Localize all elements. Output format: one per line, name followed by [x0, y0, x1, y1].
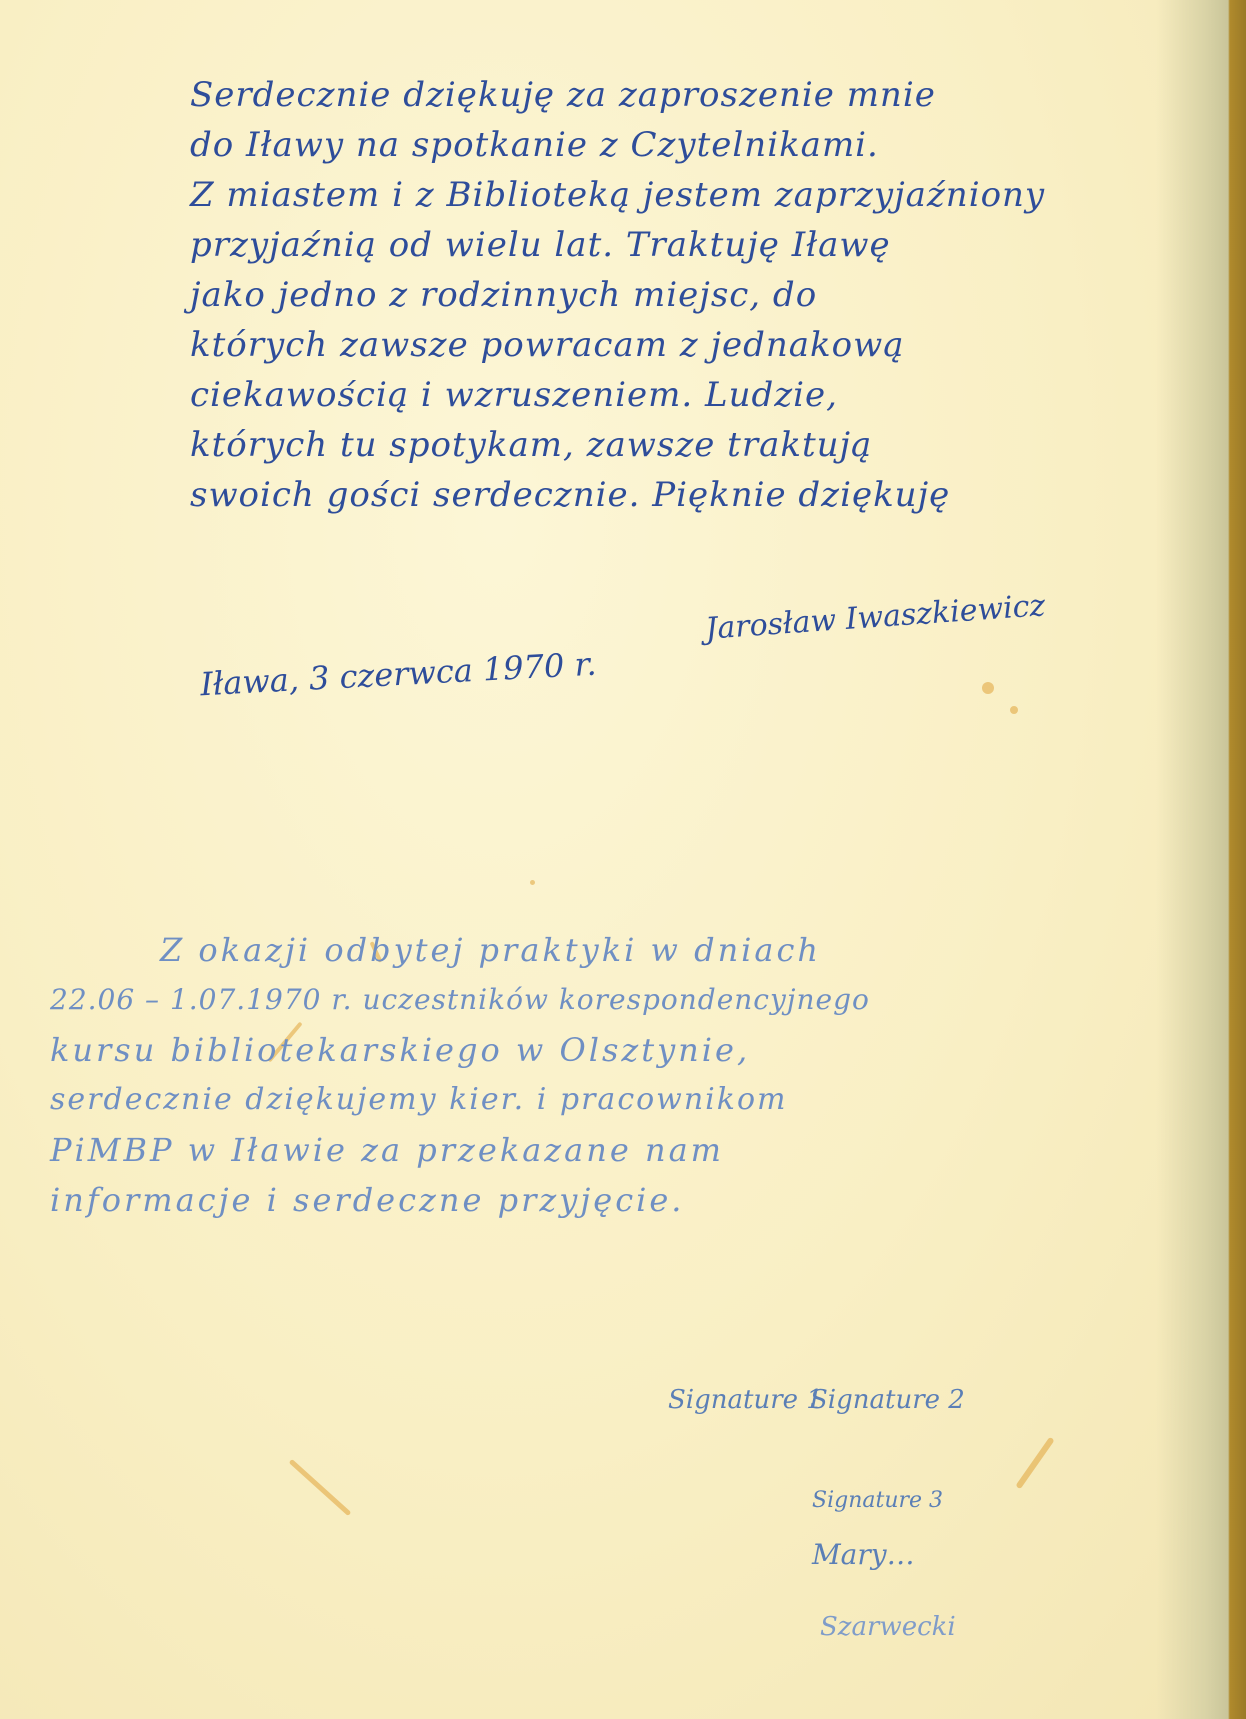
- entry-1-signature: Jarosław Iwaszkiewicz: [704, 588, 1046, 647]
- stain: [530, 880, 535, 885]
- entry-2-signature: Signature 2: [810, 1385, 965, 1415]
- entry-1-line: jako jedno z rodzinnych miejsc, do: [190, 270, 1045, 320]
- entry-2-line: serdecznie dziękujemy kier. i pracowniko…: [50, 1075, 870, 1125]
- entry-2-line: Z okazji odbytej praktyki w dniach: [50, 925, 870, 975]
- entry-1-text: Serdecznie dziękuję za zaproszenie mnie …: [190, 70, 1045, 520]
- entry-1-line: których zawsze powracam z jednakową: [190, 320, 1045, 370]
- entry-2-signature: Mary…: [812, 1538, 915, 1571]
- entry-2-signature: Signature 1: [668, 1385, 823, 1415]
- stain: [1010, 706, 1018, 714]
- entry-1-line: ciekawością i wzruszeniem. Ludzie,: [190, 370, 1045, 420]
- entry-2-text: Z okazji odbytej praktyki w dniach 22.06…: [50, 925, 870, 1225]
- entry-2-line: kursu bibliotekarskiego w Olsztynie,: [50, 1025, 870, 1075]
- entry-1-line: swoich gości serdecznie. Pięknie dziękuj…: [190, 470, 1045, 520]
- entry-1-line: Serdecznie dziękuję za zaproszenie mnie: [190, 70, 1045, 120]
- entry-2-signature: Signature 3: [812, 1488, 943, 1513]
- stain: [1015, 1437, 1054, 1490]
- entry-1-line: do Iławy na spotkanie z Czytelnikami.: [190, 120, 1045, 170]
- entry-1-line: Z miastem i z Biblioteką jestem zaprzyja…: [190, 170, 1045, 220]
- entry-2-line: 22.06 – 1.07.1970 r. uczestników korespo…: [50, 975, 870, 1025]
- book-gutter: [1156, 0, 1246, 1719]
- entry-2-signature: Szarwecki: [820, 1612, 956, 1642]
- stain: [289, 1459, 352, 1516]
- guestbook-page: Serdecznie dziękuję za zaproszenie mnie …: [0, 0, 1246, 1719]
- entry-2-line: PiMBP w Iławie za przekazane nam: [50, 1125, 870, 1175]
- entry-2-line: informacje i serdeczne przyjęcie.: [50, 1175, 870, 1225]
- entry-1-place-date: Iława, 3 czerwca 1970 r.: [199, 645, 597, 704]
- stain: [982, 682, 994, 694]
- entry-1-line: których tu spotykam, zawsze traktują: [190, 420, 1045, 470]
- entry-1-line: przyjaźnią od wielu lat. Traktuję Iławę: [190, 220, 1045, 270]
